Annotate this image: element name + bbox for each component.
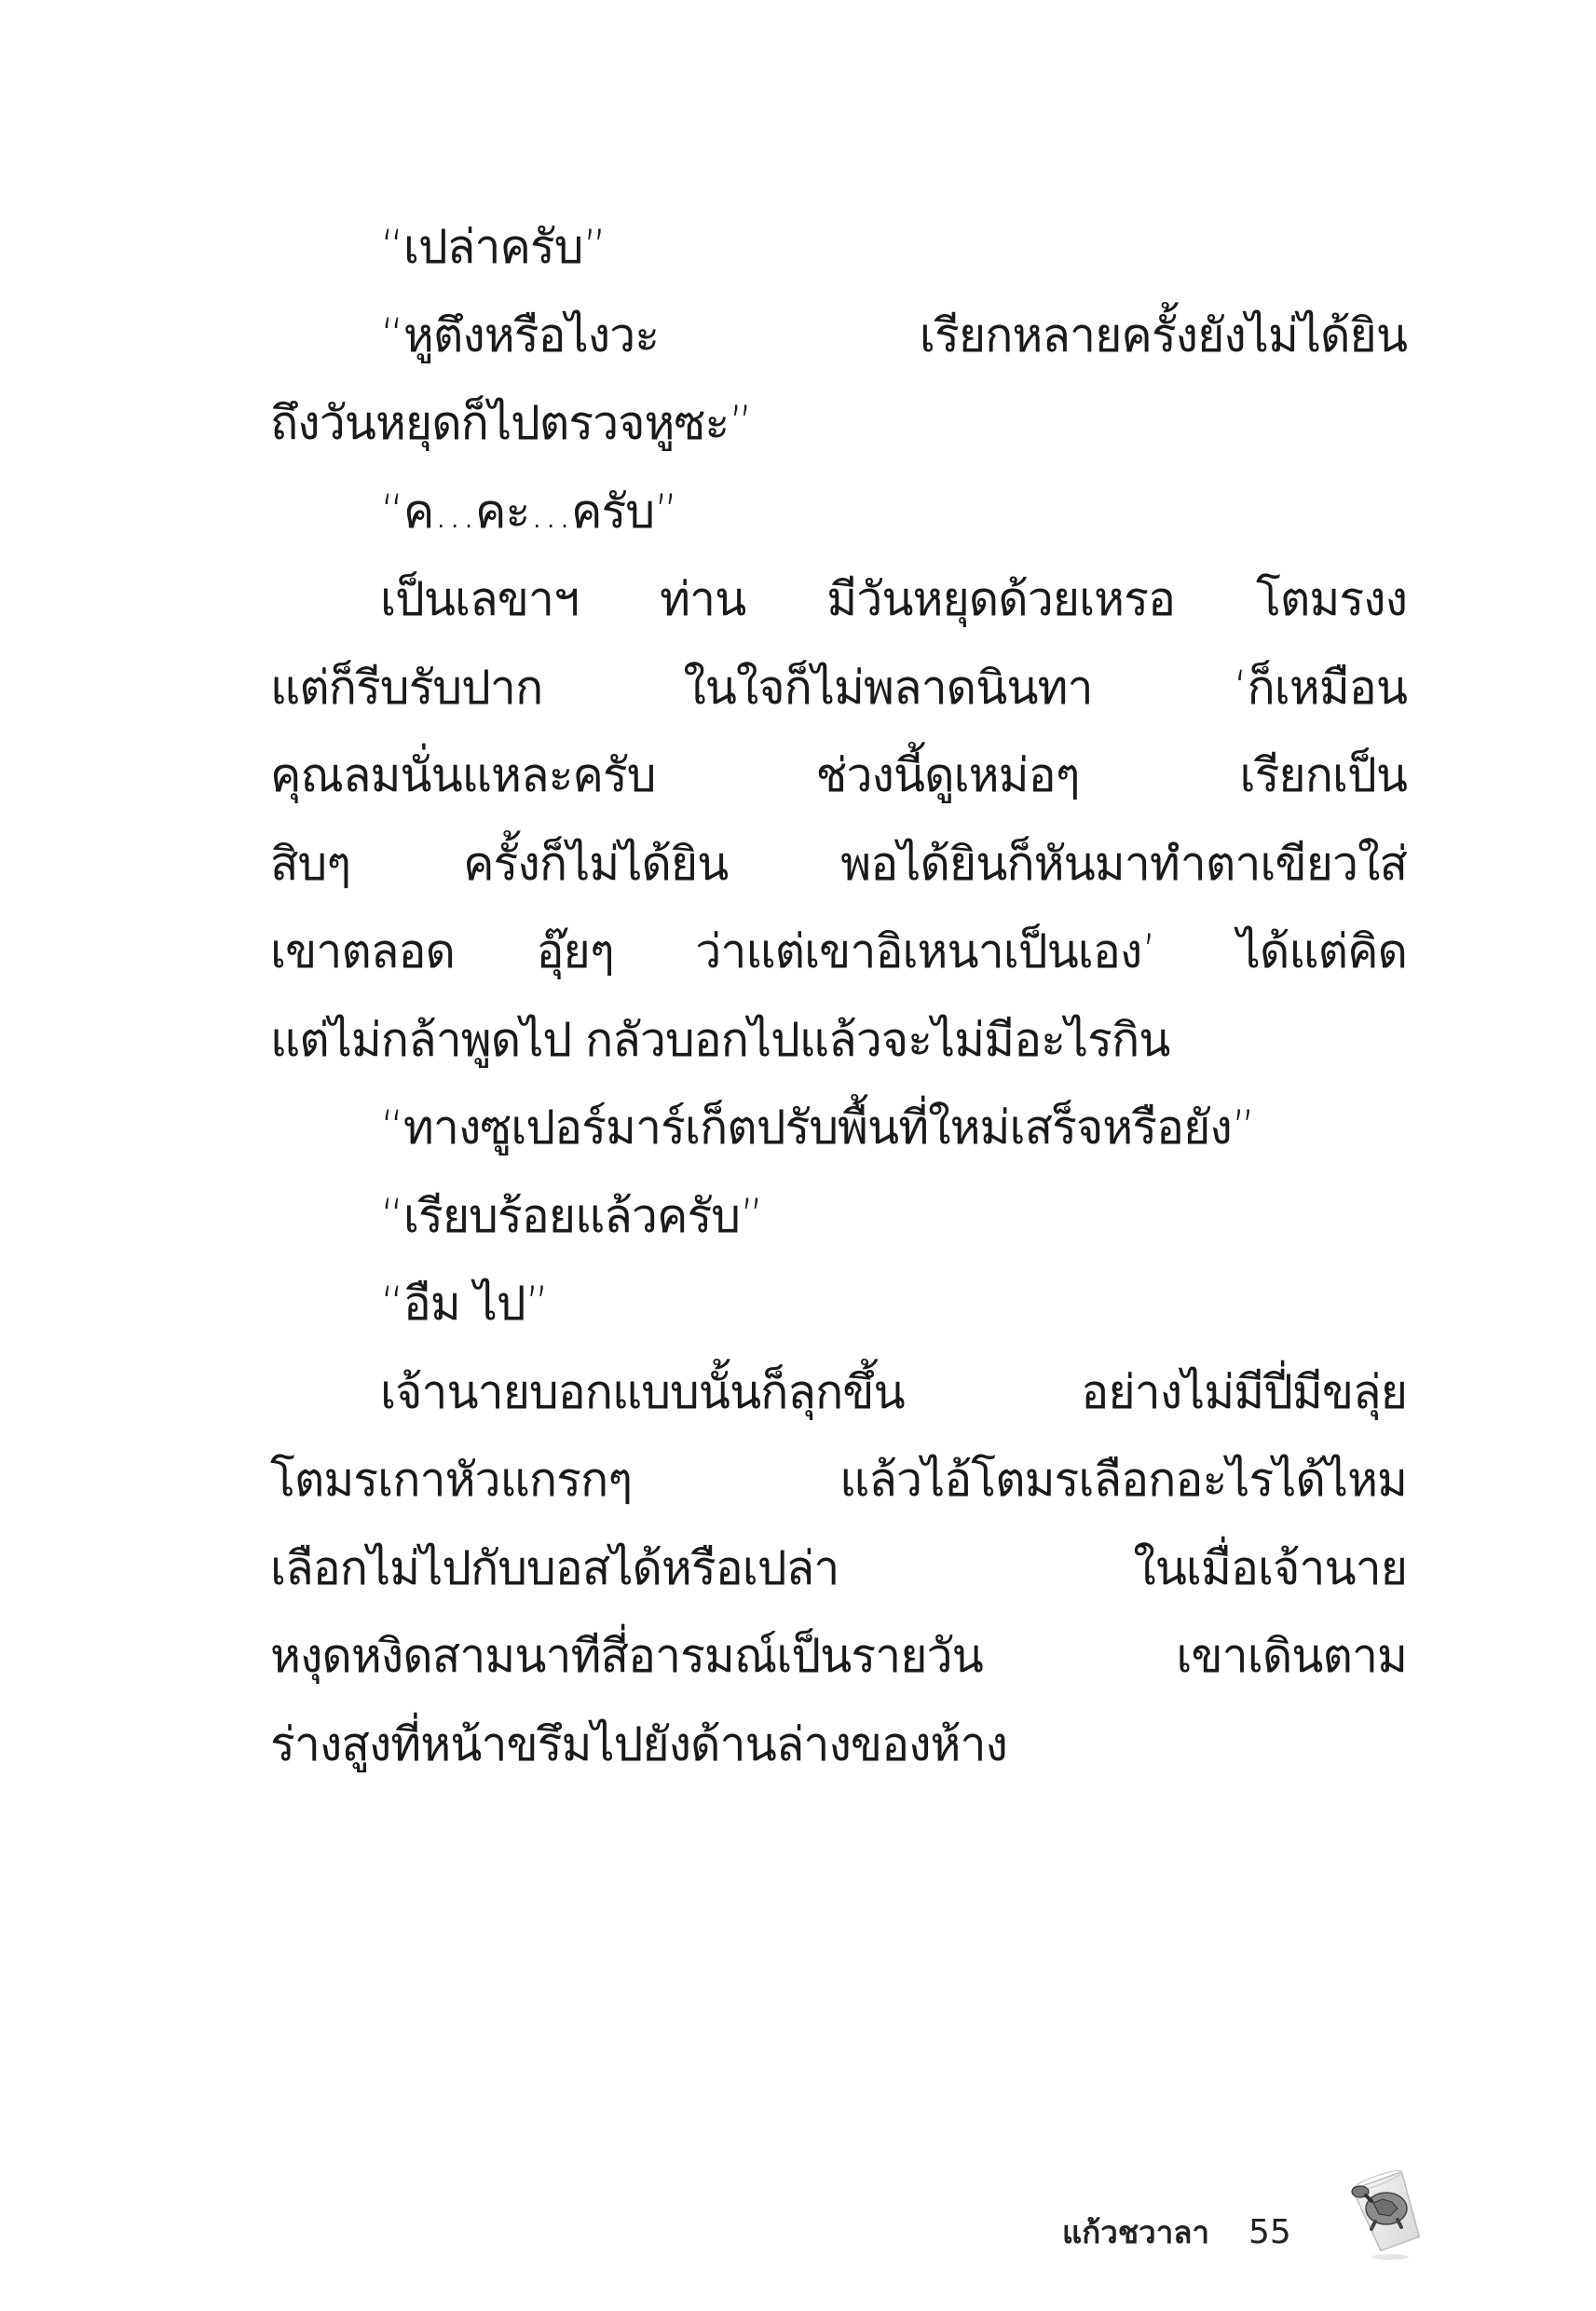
text-line: เลือกไม่ไปกับบอสได้หรือเปล่า ในเมื่อเจ้า… <box>270 1525 1407 1613</box>
text-line: “เปล่าครับ” <box>270 203 1407 292</box>
text-line: แต่ไม่กล้าพูดไป กลัวบอกไปแล้วจะไม่มีอะไร… <box>270 996 1407 1085</box>
turtle-in-glass-icon <box>1342 2160 1435 2263</box>
book-page: “เปล่าครับ” “หูตึงหรือไงวะ เรียกหลายครั้… <box>0 0 1596 2311</box>
text-line: โตมรเกาหัวแกรกๆ แล้วไอ้โตมรเลือกอะไรได้ไ… <box>270 1436 1407 1525</box>
text-line: หงุดหงิดสามนาทีสี่อารมณ์เป็นรายวัน เขาเด… <box>270 1612 1407 1701</box>
text-line: เขาตลอด อุ๊ยๆ ว่าแต่เขาอิเหนาเป็นเอง’ ได… <box>270 908 1407 996</box>
text-line: ถึงวันหยุดก็ไปตรวจหูซะ” <box>270 379 1407 468</box>
text-line: “หูตึงหรือไงวะ เรียกหลายครั้งยังไม่ได้ยิ… <box>270 292 1407 380</box>
text-line: คุณลมนั่นแหละครับ ช่วงนี้ดูเหม่อๆ เรียกเ… <box>270 732 1407 820</box>
text-line: แต่ก็รีบรับปาก ในใจก็ไม่พลาดนินทา ‘ก็เหม… <box>270 644 1407 732</box>
text-line: เจ้านายบอกแบบนั้นก็ลุกขึ้น อย่างไม่มีปี่… <box>270 1348 1407 1437</box>
page-number: 55 <box>1248 2213 1291 2251</box>
text-line: “ค...คะ...ครับ” <box>270 468 1407 556</box>
text-line: สิบๆ ครั้งก็ไม่ได้ยิน พอได้ยินก็หันมาทำต… <box>270 820 1407 909</box>
book-title: แก้วชวาลา <box>1062 2208 1209 2257</box>
text-line: “อืม ไป” <box>270 1260 1407 1348</box>
text-line: “เรียบร้อยแล้วครับ” <box>270 1172 1407 1261</box>
text-line: ร่างสูงที่หน้าขรึมไปยังด้านล่างของห้าง <box>270 1701 1407 1789</box>
page-footer: แก้วชวาลา 55 <box>1062 2195 1291 2269</box>
body-text: “เปล่าครับ” “หูตึงหรือไงวะ เรียกหลายครั้… <box>270 203 1407 1788</box>
text-line: เป็นเลขาฯ ท่าน มีวันหยุดด้วยเหรอ โตมรงง <box>270 555 1407 644</box>
text-line: “ทางซูเปอร์มาร์เก็ตปรับพื้นที่ใหม่เสร็จห… <box>270 1084 1407 1172</box>
